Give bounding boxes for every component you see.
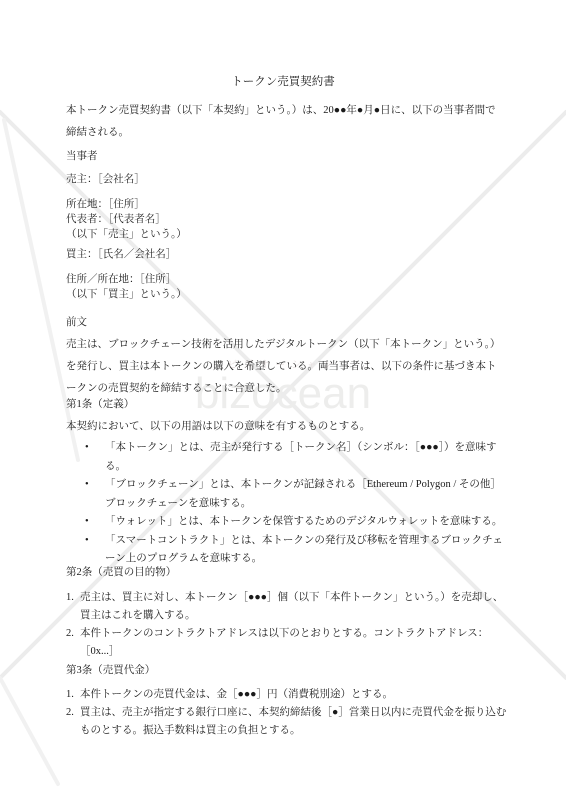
seller-address-line: 所在地：［住所］ [66, 197, 506, 212]
definition-blockchain: 「ブロックチェーン」とは、本トークンが記録される［Ethereum / Poly… [105, 479, 501, 509]
list-item: • 「本トークン」とは、売主が発行する［トークン名］（シンボル：［●●●］）を意… [66, 439, 508, 476]
clause-text: 本件トークンの売買代金は、金［●●●］円（消費税別途）とする。 [80, 689, 393, 700]
bullet-icon: • [85, 476, 89, 495]
bullet-icon: • [85, 513, 89, 532]
list-item: 1. 本件トークンの売買代金は、金［●●●］円（消費税別途）とする。 [66, 686, 508, 704]
article2-heading: 第2条（売買の目的物） [66, 565, 506, 581]
clause-text: 売主は、買主に対し、本トークン［●●●］個（以下「本件トークン」という。）を売却… [80, 592, 503, 621]
clause-number: 2. [66, 625, 74, 643]
clause-number: 2. [66, 704, 74, 722]
buyer-alias-line: （以下「買主」という。） [66, 287, 506, 302]
bullet-icon: • [85, 532, 89, 551]
clause-number: 1. [66, 686, 74, 704]
seller-alias-line: （以下「売主」という。） [66, 227, 506, 242]
clause-number: 1. [66, 589, 74, 607]
buyer-address-line: 住所／所在地：［住所］ [66, 272, 506, 287]
preamble-paragraph: 売主は、ブロックチェーン技術を活用したデジタルトークン（以下「本トークン」という… [66, 334, 506, 400]
intro-paragraph: 本トークン売買契約書（以下「本契約」という。）は、20●●年●月●日に、以下の当… [66, 100, 506, 144]
document-title: トークン売買契約書 [0, 74, 566, 90]
list-item: 2. 買主は、売主が指定する銀行口座に、本契約締結後［●］営業日以内に売買代金を… [66, 704, 508, 740]
list-item: • 「ブロックチェーン」とは、本トークンが記録される［Ethereum / Po… [66, 476, 508, 513]
seller-details: 所在地：［住所］ 代表者：［代表者名］ （以下「売主」という。） [66, 197, 506, 243]
article1-heading: 第1条（定義） [66, 397, 506, 413]
definition-wallet: 「ウォレット」とは、本トークンを保管するためのデジタルウォレットを意味する。 [105, 516, 502, 527]
article3-clause-list: 1. 本件トークンの売買代金は、金［●●●］円（消費税別途）とする。 2. 買主… [66, 686, 508, 740]
seller-name-line: 売主：［会社名］ [66, 172, 506, 188]
clause-text: 本件トークンのコントラクトアドレスは以下のとおりとする。コントラクトアドレス：［… [80, 628, 488, 657]
buyer-name-line: 買主：［氏名／会社名］ [66, 247, 506, 263]
list-item: 2. 本件トークンのコントラクトアドレスは以下のとおりとする。コントラクトアドレ… [66, 625, 508, 661]
article1-lead: 本契約において、以下の用語は以下の意味を有するものとする。 [66, 419, 506, 435]
parties-heading: 当事者 [66, 149, 506, 165]
article3-heading: 第3条（売買代金） [66, 663, 506, 679]
list-item: • 「ウォレット」とは、本トークンを保管するためのデジタルウォレットを意味する。 [66, 513, 508, 532]
bullet-icon: • [85, 439, 89, 458]
article1-definition-list: • 「本トークン」とは、売主が発行する［トークン名］（シンボル：［●●●］）を意… [66, 439, 508, 569]
seller-representative-line: 代表者：［代表者名］ [66, 212, 506, 227]
article2-clause-list: 1. 売主は、買主に対し、本トークン［●●●］個（以下「本件トークン」という。）… [66, 589, 508, 661]
list-item: 1. 売主は、買主に対し、本トークン［●●●］個（以下「本件トークン」という。）… [66, 589, 508, 625]
buyer-details: 住所／所在地：［住所］ （以下「買主」という。） [66, 272, 506, 302]
definition-smart-contract: 「スマートコントラクト」とは、本トークンの発行及び移転を管理するブロックチェーン… [105, 535, 503, 565]
document-page: ビズオーシャン bizocean トークン売買契約書 本トークン売買契約書（以下… [0, 0, 566, 800]
clause-text: 買主は、売主が指定する銀行口座に、本契約締結後［●］営業日以内に売買代金を振り込… [80, 707, 506, 736]
definition-token: 「本トークン」とは、売主が発行する［トークン名］（シンボル：［●●●］）を意味す… [105, 442, 497, 472]
list-item: • 「スマートコントラクト」とは、本トークンの発行及び移転を管理するブロックチェ… [66, 532, 508, 569]
preamble-heading: 前文 [66, 315, 506, 331]
